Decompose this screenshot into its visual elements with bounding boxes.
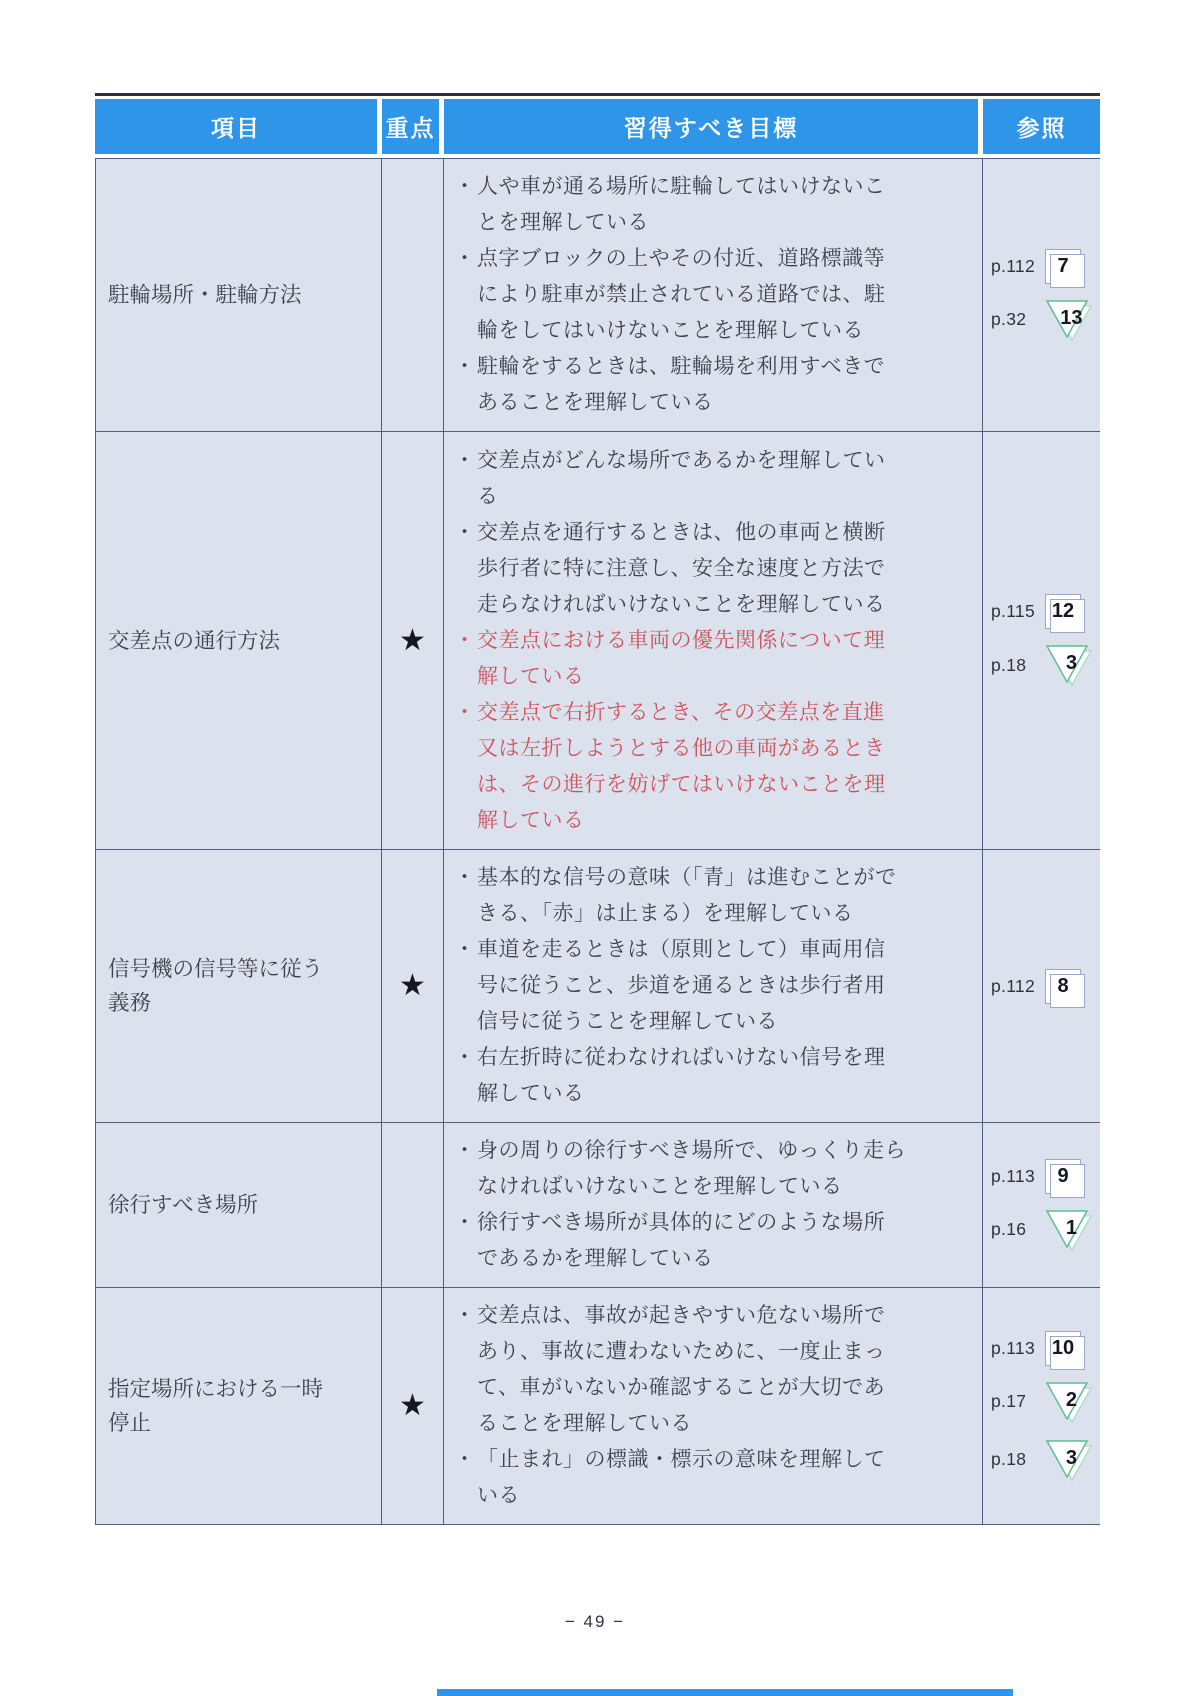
next-page-header-strip — [437, 1689, 1013, 1696]
triangle-badge-icon: 1 — [1045, 1208, 1093, 1252]
reference-entry: p.183 — [991, 1438, 1100, 1482]
goals-cell: 基本的な信号の意味（「青」は進むことができる、「赤」は止まる）を理解している車道… — [444, 850, 983, 1122]
table-row: 指定場所における一時 停止★交差点は、事故が起きやすい危ない場所であり、事故に遭… — [96, 1288, 1099, 1524]
reference-page-label: p.112 — [991, 976, 1045, 997]
goal-item: 交差点は、事故が起きやすい危ない場所であり、事故に遭わないために、一度止まって、… — [454, 1298, 906, 1442]
goal-item: 車道を走るときは（原則として）車両用信号に従うこと、歩道を通るときは歩行者用信号… — [454, 932, 906, 1040]
goals-table: 項目 重点 習得すべき目標 参照 駐輪場所・駐輪方法人や車が通る場所に駐輪しては… — [95, 93, 1100, 1525]
reference-page-label: p.16 — [991, 1219, 1045, 1240]
header-cell-goals: 習得すべき目標 — [444, 99, 983, 154]
star-icon: ★ — [399, 1391, 426, 1421]
emphasis-cell — [382, 159, 444, 431]
goals-cell: 身の周りの徐行すべき場所で、ゆっくり走らなければいけないことを理解している徐行す… — [444, 1123, 983, 1287]
triangle-badge-icon: 3 — [1045, 1438, 1093, 1482]
item-cell: 指定場所における一時 停止 — [96, 1288, 382, 1524]
reference-entry: p.1127 — [991, 249, 1100, 284]
goal-item: 「止まれ」の標識・標示の意味を理解している — [454, 1442, 906, 1514]
table-header-row: 項目 重点 習得すべき目標 参照 — [95, 93, 1100, 154]
emphasis-cell: ★ — [382, 1288, 444, 1524]
triangle-badge-number: 2 — [1066, 1389, 1077, 1412]
reference-entry: p.183 — [991, 643, 1100, 687]
reference-cell: p.1128 — [983, 850, 1100, 1122]
star-icon: ★ — [399, 971, 426, 1001]
reference-entry: p.172 — [991, 1380, 1100, 1424]
triangle-badge-number: 13 — [1060, 307, 1082, 330]
page-number: − 49 − — [0, 1612, 1190, 1632]
goals-cell: 交差点がどんな場所であるかを理解している交差点を通行するときは、他の車両と横断歩… — [444, 432, 983, 849]
header-cell-reference: 参照 — [983, 99, 1100, 154]
reference-cell: p.1127p.3213 — [983, 159, 1100, 431]
goal-item: 基本的な信号の意味（「青」は進むことができる、「赤」は止まる）を理解している — [454, 860, 906, 932]
reference-entry: p.161 — [991, 1208, 1100, 1252]
goal-item: 身の周りの徐行すべき場所で、ゆっくり走らなければいけないことを理解している — [454, 1133, 906, 1205]
triangle-badge-icon: 3 — [1045, 643, 1093, 687]
table-row: 徐行すべき場所身の周りの徐行すべき場所で、ゆっくり走らなければいけないことを理解… — [96, 1123, 1099, 1288]
goals-cell: 交差点は、事故が起きやすい危ない場所であり、事故に遭わないために、一度止まって、… — [444, 1288, 983, 1524]
table-body: 駐輪場所・駐輪方法人や車が通る場所に駐輪してはいけないことを理解している点字ブロ… — [95, 158, 1100, 1525]
star-icon: ★ — [399, 626, 426, 656]
triangle-badge-number: 3 — [1066, 1447, 1077, 1470]
reference-cell: p.11310p.172p.183 — [983, 1288, 1100, 1524]
reference-page-label: p.113 — [991, 1166, 1045, 1187]
item-cell: 交差点の通行方法 — [96, 432, 382, 849]
stacked-pages-badge-icon: 12 — [1045, 594, 1081, 629]
triangle-badge-number: 1 — [1066, 1217, 1077, 1240]
reference-entry: p.1139 — [991, 1159, 1100, 1194]
triangle-badge-icon: 2 — [1045, 1380, 1093, 1424]
item-cell: 駐輪場所・駐輪方法 — [96, 159, 382, 431]
stacked-pages-badge-icon: 9 — [1045, 1159, 1081, 1194]
goal-item: 右左折時に従わなければいけない信号を理解している — [454, 1040, 906, 1112]
table-row: 信号機の信号等に従う 義務★基本的な信号の意味（「青」は進むことができる、「赤」… — [96, 850, 1099, 1123]
goal-item: 徐行すべき場所が具体的にどのような場所であるかを理解している — [454, 1205, 906, 1277]
goals-cell: 人や車が通る場所に駐輪してはいけないことを理解している点字ブロックの上やその付近… — [444, 159, 983, 431]
table-row: 駐輪場所・駐輪方法人や車が通る場所に駐輪してはいけないことを理解している点字ブロ… — [96, 159, 1099, 432]
goal-item: 人や車が通る場所に駐輪してはいけないことを理解している — [454, 169, 906, 241]
goal-item: 交差点を通行するときは、他の車両と横断歩行者に特に注意し、安全な速度と方法で走ら… — [454, 515, 906, 623]
reference-cell: p.11512p.183 — [983, 432, 1100, 849]
goal-item: 駐輪をするときは、駐輪場を利用すべきであることを理解している — [454, 349, 906, 421]
goal-item: 交差点で右折するとき、その交差点を直進又は左折しようとする他の車両があるときは、… — [454, 695, 906, 839]
emphasis-cell: ★ — [382, 432, 444, 849]
document-page: 項目 重点 習得すべき目標 参照 駐輪場所・駐輪方法人や車が通る場所に駐輪しては… — [0, 0, 1200, 1696]
reference-page-label: p.115 — [991, 601, 1045, 622]
item-cell: 信号機の信号等に従う 義務 — [96, 850, 382, 1122]
reference-cell: p.1139p.161 — [983, 1123, 1100, 1287]
reference-page-label: p.32 — [991, 309, 1045, 330]
goal-item: 点字ブロックの上やその付近、道路標識等により駐車が禁止されている道路では、駐輪を… — [454, 241, 906, 349]
reference-page-label: p.18 — [991, 655, 1045, 676]
stacked-pages-badge-icon: 8 — [1045, 969, 1081, 1004]
reference-entry: p.11310 — [991, 1331, 1100, 1366]
header-cell-emphasis: 重点 — [382, 99, 444, 154]
reference-entry: p.11512 — [991, 594, 1100, 629]
triangle-badge-icon: 13 — [1045, 298, 1093, 342]
reference-page-label: p.17 — [991, 1391, 1045, 1412]
goal-item: 交差点がどんな場所であるかを理解している — [454, 443, 906, 515]
reference-entry: p.1128 — [991, 969, 1100, 1004]
emphasis-cell — [382, 1123, 444, 1287]
stacked-pages-badge-icon: 7 — [1045, 249, 1081, 284]
stacked-pages-badge-icon: 10 — [1045, 1331, 1081, 1366]
header-cell-item: 項目 — [95, 99, 382, 154]
reference-page-label: p.113 — [991, 1338, 1045, 1359]
item-cell: 徐行すべき場所 — [96, 1123, 382, 1287]
triangle-badge-number: 3 — [1066, 652, 1077, 675]
goal-item: 交差点における車両の優先関係について理解している — [454, 623, 906, 695]
reference-page-label: p.112 — [991, 256, 1045, 277]
reference-page-label: p.18 — [991, 1449, 1045, 1470]
emphasis-cell: ★ — [382, 850, 444, 1122]
reference-entry: p.3213 — [991, 298, 1100, 342]
table-row: 交差点の通行方法★交差点がどんな場所であるかを理解している交差点を通行するときは… — [96, 432, 1099, 850]
